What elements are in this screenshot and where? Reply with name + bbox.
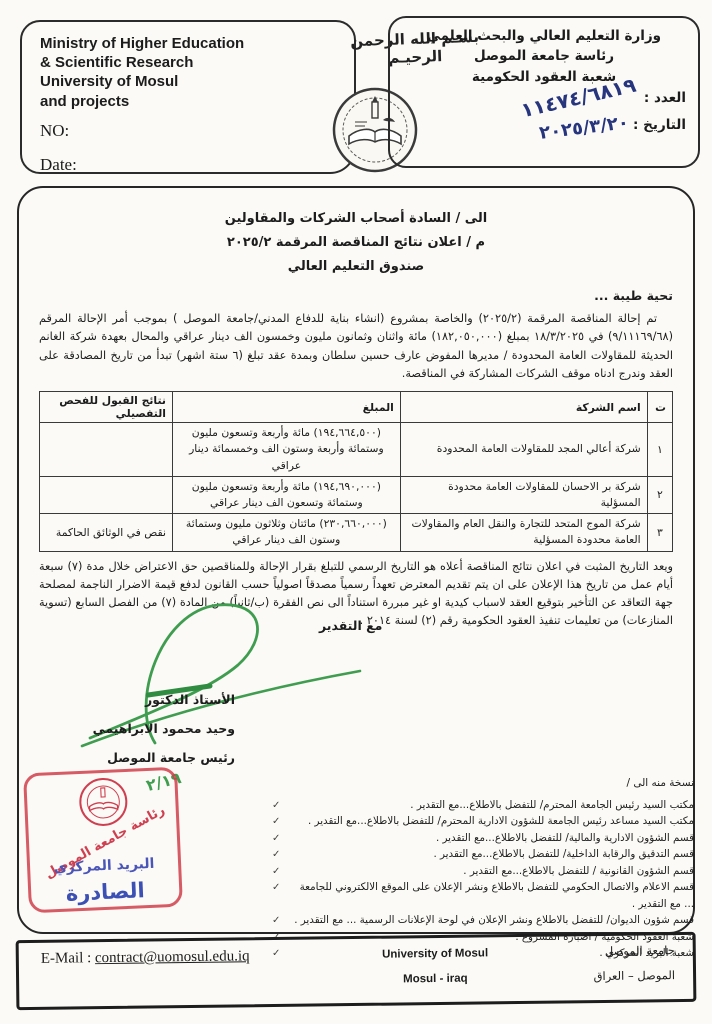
cc-item-text: مكتب السيد مساعد رئيس الجامعة للشؤون الا…: [308, 815, 694, 827]
footer-city-country-en: Mosul - iraq: [344, 972, 526, 986]
col-header-result: نتائج القبول للفحص التفصيلي: [40, 392, 173, 423]
bid-amount: (١٩٤,٦٦٤,٥٠٠) مائة وأربعة وتسعون مليون و…: [172, 423, 400, 477]
col-header-amount: المبلغ: [172, 392, 400, 423]
scanned-letter-page: Ministry of Higher Education & Scientifi…: [0, 0, 712, 1024]
cc-item-text: مكتب السيد رئيس الجامعة المحترم/ للتفضل …: [410, 799, 694, 811]
date-label-en: Date:: [40, 155, 340, 175]
ministry-name-ar: وزارة التعليم العالي والبحث العلمي: [402, 26, 686, 46]
signatory-block: الأستاذ الدكتور وحيد محمود الابراهيمي رئ…: [70, 692, 235, 765]
row-index: ٢: [647, 476, 672, 513]
stamp-central-mail-text: البريد المركزي: [30, 855, 179, 877]
cc-item: ✓ قسم الشؤون الادارية والمالية/ للتفضل ب…: [266, 830, 694, 846]
cc-item-text: قسم شؤون الديوان/ للتفضل بالاطلاع ونشر ا…: [294, 914, 694, 926]
cc-item-text: قسم التدقيق والرقابة الداخلية/ للتفضل با…: [433, 848, 694, 860]
signatory-position: رئيس جامعة الموصل: [70, 750, 235, 765]
date-label-ar: التاريخ :: [633, 117, 686, 133]
company-name: شركة بر الاحسان للمقاولات العامة محدودة …: [400, 476, 647, 513]
table-row: ٣ شركة الموج المتحد للتجارة والنقل العام…: [40, 514, 673, 551]
cc-item: ✓ قسم التدقيق والرقابة الداخلية/ للتفضل …: [266, 846, 694, 862]
acceptance-result: [40, 476, 173, 513]
bid-amount: (١٩٤,٦٩٠,٠٠٠) مائة وأربعة وتسعون مليون و…: [172, 476, 400, 513]
checkmark-icon: ✓: [272, 831, 280, 847]
university-name-en: University of Mosul: [40, 72, 340, 91]
footer-university-en: University of Mosul Mosul - iraq: [344, 937, 527, 1003]
cc-item: ✓ قسم شؤون الديوان/ للتفضل بالاطلاع ونشر…: [266, 912, 694, 928]
checkmark-icon: ✓: [272, 798, 280, 814]
university-presidency-ar: رئاسة جامعة الموصل: [402, 46, 686, 66]
cc-item: ✓ مكتب السيد رئيس الجامعة المحترم/ للتفض…: [266, 797, 694, 813]
cc-item: ✓ مكتب السيد مساعد رئيس الجامعة للشؤون ا…: [266, 813, 694, 829]
cc-item-text: قسم الشؤون الادارية والمالية/ للتفضل بال…: [436, 832, 694, 844]
acceptance-result: [40, 423, 173, 477]
footer-university-name: University of Mosul: [344, 947, 526, 961]
cc-item-text: قسم الشؤون القانونية / للتفضل بالاطلاع..…: [463, 865, 694, 877]
document-date-row: التاريخ : ٢٠٢٥/٣/٢٠: [402, 117, 686, 138]
header-arabic-box: وزارة التعليم العالي والبحث العلمي رئاسة…: [388, 16, 700, 168]
email-address: contract@uomosul.edu.iq: [95, 948, 250, 966]
col-header-index: ت: [647, 392, 672, 423]
checkmark-icon: ✓: [272, 880, 280, 896]
company-name: شركة أعالي المجد للمقاولات العامة المحدو…: [400, 423, 647, 477]
bid-amount: (٢٣٠,٦٦٠,٠٠٠) مائتان وثلاثون مليون وستما…: [172, 514, 400, 551]
cc-item: ✓ قسم الشؤون القانونية / للتفضل بالاطلاع…: [266, 863, 694, 879]
ministry-name-en-2: & Scientific Research: [40, 53, 340, 72]
projects-line-en: and projects: [40, 92, 340, 111]
no-label: NO:: [40, 121, 340, 141]
stamp-emblem-icon: [76, 775, 130, 829]
date-handwritten-value: ٢٠٢٥/٣/٢٠: [538, 112, 630, 144]
row-index: ١: [647, 423, 672, 477]
email-label: E-Mail :: [41, 950, 92, 967]
outgoing-mail-stamp: رئاسة جامعة الموصل البريد المركزي الصادر…: [23, 767, 183, 914]
subject-line: م / اعلان نتائج المناقصة المرقمة ٢٠٢٥/٢: [39, 235, 673, 250]
ministry-name-en: Ministry of Higher Education: [40, 34, 340, 53]
bidders-table: ت اسم الشركة المبلغ نتائج القبول للفحص ا…: [39, 391, 673, 551]
footer-city-country-ar: الموصل – العراق: [526, 968, 675, 984]
footer-email: E-Mail : contract@uomosul.edu.iq: [19, 939, 345, 1007]
acceptance-result: نقص في الوثائق الحاكمة: [40, 514, 173, 551]
table-header-row: ت اسم الشركة المبلغ نتائج القبول للفحص ا…: [40, 392, 673, 423]
contracts-division-ar: شعبة العقود الحكومية: [402, 67, 686, 87]
addressee-line: الى / السادة أصحاب الشركات والمقاولين: [39, 211, 673, 226]
number-label: العدد :: [644, 90, 686, 106]
header-english-box: Ministry of Higher Education & Scientifi…: [20, 20, 356, 174]
closing-regards: مع التقدير: [319, 618, 382, 633]
document-number-row: العدد : ١١٤٧٤/٦٨١٩: [402, 90, 686, 114]
cc-item: ✓ قسم الاعلام والاتصال الحكومي للتفضل با…: [266, 879, 694, 912]
stamp-outgoing-text: الصادرة: [31, 877, 180, 907]
footer-contact-box: E-Mail : contract@uomosul.edu.iq Univers…: [16, 932, 697, 1010]
signatory-title: الأستاذ الدكتور: [70, 692, 235, 707]
row-index: ٣: [647, 514, 672, 551]
table-row: ١ شركة أعالي المجد للمقاولات العامة المح…: [40, 423, 673, 477]
checkmark-icon: ✓: [272, 814, 280, 830]
checkmark-icon: ✓: [272, 847, 280, 863]
fund-line: صندوق التعليم العالي: [39, 259, 673, 274]
signatory-name: وحيد محمود الابراهيمي: [70, 721, 235, 736]
cc-item-text: قسم الاعلام والاتصال الحكومي للتفضل بالا…: [300, 881, 694, 909]
award-paragraph: تم إحالة المناقصة المرقمة (٢٠٢٥/٢) والخا…: [39, 310, 673, 383]
col-header-company: اسم الشركة: [400, 392, 647, 423]
table-row: ٢ شركة بر الاحسان للمقاولات العامة محدود…: [40, 476, 673, 513]
footer-university-ar: جامعة الموصل الموصل – العراق: [526, 935, 694, 1001]
footer-university-name-ar: جامعة الموصل: [526, 943, 675, 959]
company-name: شركة الموج المتحد للتجارة والنقل العام و…: [400, 514, 647, 551]
cc-heading: نسخة منه الى /: [266, 777, 694, 789]
checkmark-icon: ✓: [272, 864, 280, 880]
greeting-line: تحية طيبة ...: [39, 288, 673, 303]
checkmark-icon: ✓: [272, 913, 280, 929]
